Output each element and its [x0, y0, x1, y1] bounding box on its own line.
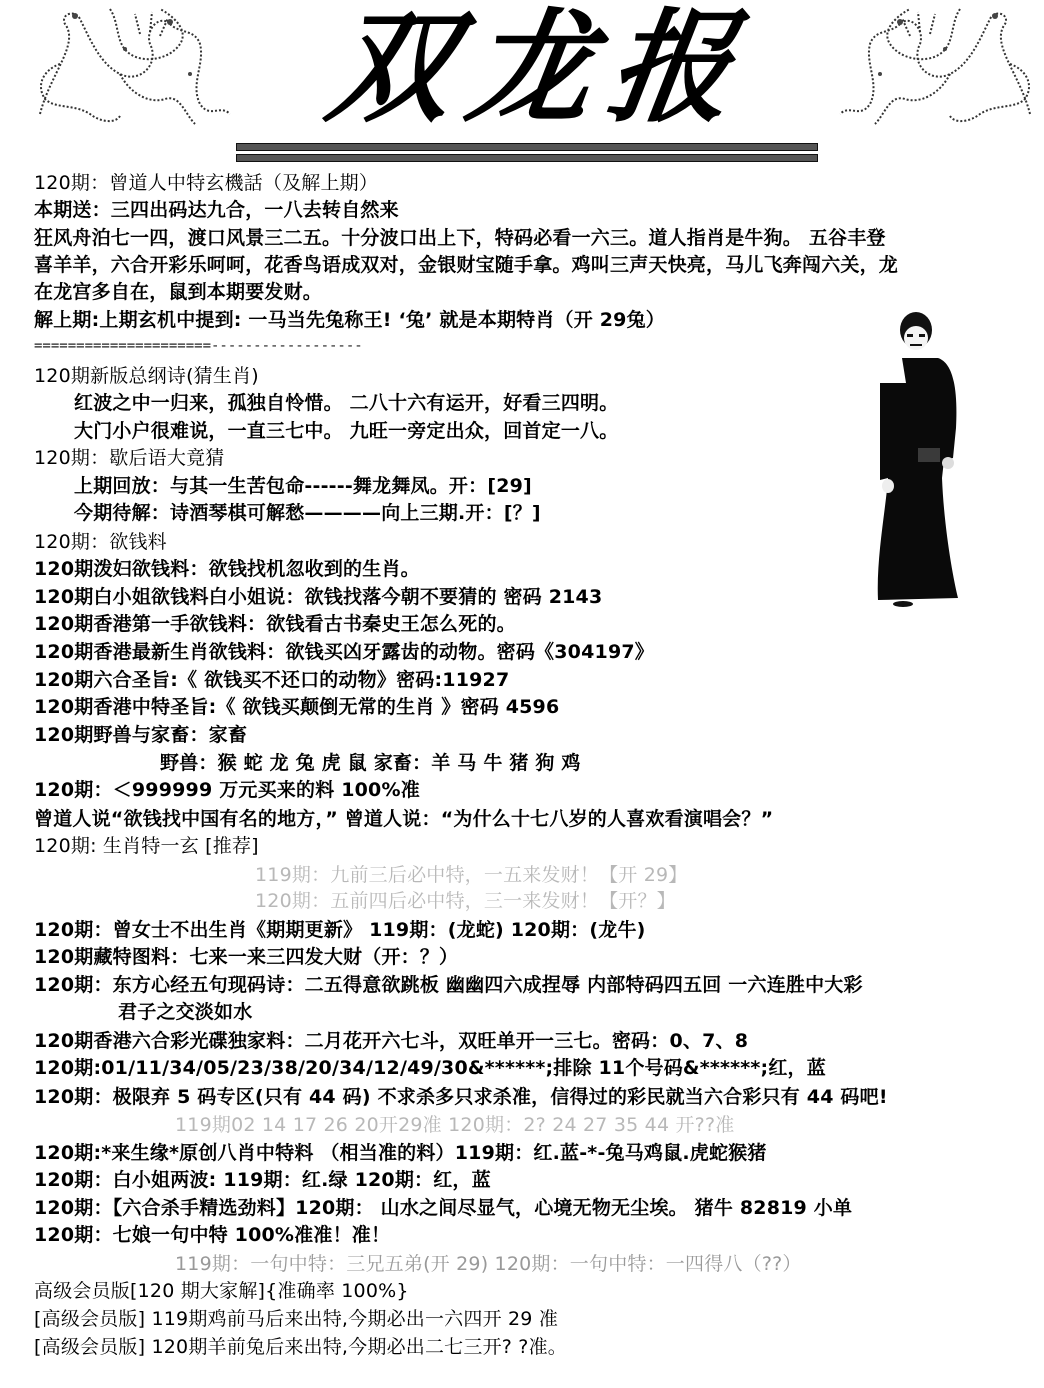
text-line: 120期香港第一手欲钱料：欲钱看古书秦史王怎么死的。 [34, 611, 516, 637]
text-line: 120期藏特图料：七来一来三四发大财（开：？） [34, 944, 458, 970]
text-line: 120期:*来生缘*原创八肖中特料 （相当准的料）119期：红.蓝-*-兔马鸡鼠… [34, 1140, 767, 1166]
text-line: 120期：曾道人中特玄機話（及解上期） [34, 170, 378, 196]
divider: =====================------------------ [34, 338, 363, 354]
dragon-left-icon [20, 4, 260, 134]
text-line: 解上期:上期玄机中提到: 一马当先兔称王! ‘兔’ 就是本期特肖（开 29兔） [34, 307, 665, 333]
dragon-right-icon [810, 4, 1044, 134]
text-line: 120期：【六合杀手精选劲料】120期： 山水之间尽显气，心境无物无尘埃。 猪牛… [34, 1195, 852, 1221]
text-line: 120期野兽与家畜：家畜 [34, 722, 247, 748]
masthead: 双龙报 [0, 0, 1044, 170]
text-line: 120期泼妇欲钱料：欲钱找机忽收到的生肖。 [34, 556, 420, 582]
poem-line: 大门小户很难说，一直三七中。 九旺一旁定出众，回首定一八。 [74, 418, 618, 444]
text-line: 120期：歇后语大竟猜 [34, 445, 224, 471]
faded-text-line: 119期：一句中特：三兄五弟(开 29) 120期：一句中特：一四得八（??） [175, 1251, 802, 1277]
text-line: 君子之交淡如水 [118, 999, 252, 1025]
text-line: 喜羊羊，六合开彩乐呵呵，花香鸟语成双对，金银财宝随手拿。鸡叫三声天快亮，马儿飞奔… [34, 252, 898, 278]
text-line: 120期：东方心经五句现码诗：二五得意欲跳板 幽幽四六成捏辱 内部特码四五回 一… [34, 972, 863, 998]
text-line: 今期待解：诗酒琴棋可解愁————向上三期.开：[？] [74, 500, 541, 526]
faded-text-line: 119期：九前三后必中特，一五来发财！【开 29】 [255, 862, 687, 888]
text-line: 120期六合圣旨:《 欲钱买不还口的动物》密码:11927 [34, 667, 509, 693]
faded-text-line: 119期02 14 17 26 20开29准 120期：2? 24 27 35 … [175, 1112, 734, 1138]
text-line: 120期：极限弃 5 码专区(只有 44 码) 不求杀多只求杀准，信得过的彩民就… [34, 1084, 888, 1110]
text-line: [高级会员版] 119期鸡前马后来出特,今期必出一六四开 29 准 [34, 1306, 558, 1332]
title-underline-top [236, 143, 818, 151]
person-figure-icon [858, 308, 978, 608]
text-line: [高级会员版] 120期羊前兔后来出特,今期必出二七三开? ?准。 [34, 1334, 567, 1360]
text-line: 120期白小姐欲钱料白小姐说：欲钱找落今朝不要猜的 密码 2143 [34, 584, 602, 610]
text-line: 上期回放：与其一生苦包命------舞龙舞凤。开：[29] [74, 473, 532, 499]
text-line: 高级会员版[120 期大家解]{准确率 100%} [34, 1278, 409, 1304]
text-line: 120期：白小姐两波: 119期：红.绿 120期：红，蓝 [34, 1167, 491, 1193]
text-line: 120期香港最新生肖欲钱料：欲钱买凶牙露齿的动物。密码《304197》 [34, 639, 654, 665]
text-line: 120期：曾女士不出生肖《期期更新》 119期：(龙蛇) 120期：(龙牛) [34, 917, 646, 943]
text-line: 120期：＜999999 万元买来的料 100%准 [34, 777, 420, 803]
text-line: 野兽：猴 蛇 龙 兔 虎 鼠 家畜：羊 马 牛 猪 狗 鸡 [160, 750, 581, 776]
newspaper-title: 双龙报 [249, 0, 830, 142]
text-line: 120期香港六合彩光碟独家料：二月花开六七斗，双旺单开一三七。密码：0、7、8 [34, 1028, 748, 1054]
text-line: 曾道人说“欲钱找中国有名的地方，” 曾道人说：“为什么十七八岁的人喜欢看演唱会？… [34, 806, 773, 832]
text-line: 在龙宫多自在，鼠到本期要发财。 [34, 279, 322, 305]
text-line: 120期：欲钱料 [34, 529, 167, 555]
text-line: 120期香港中特圣旨:《 欲钱买颠倒无常的生肖 》密码 4596 [34, 694, 559, 720]
title-underline-bottom [236, 154, 818, 162]
text-line: 120期：七娘一句中特 100%准准！准！ [34, 1222, 390, 1248]
text-line: 120期: 生肖特一玄 [推荐] [34, 833, 259, 859]
text-line: 狂风舟泊七一四，渡口风景三二五。十分波口出上下，特码必看一六三。道人指肖是牛狗。… [34, 225, 886, 251]
text-line: 本期送：三四出码达九合，一八去转自然来 [34, 197, 399, 223]
text-line: 120期新版总纲诗(猜生肖) [34, 363, 259, 389]
faded-text-line: 120期：五前四后必中特，三一来发财！【开？】 [255, 888, 676, 914]
poem-line: 红波之中一归来，孤独自怜惜。 二八十六有运开，好看三四明。 [74, 390, 618, 416]
text-line: 120期:01/11/34/05/23/38/20/34/12/49/30&**… [34, 1055, 826, 1081]
